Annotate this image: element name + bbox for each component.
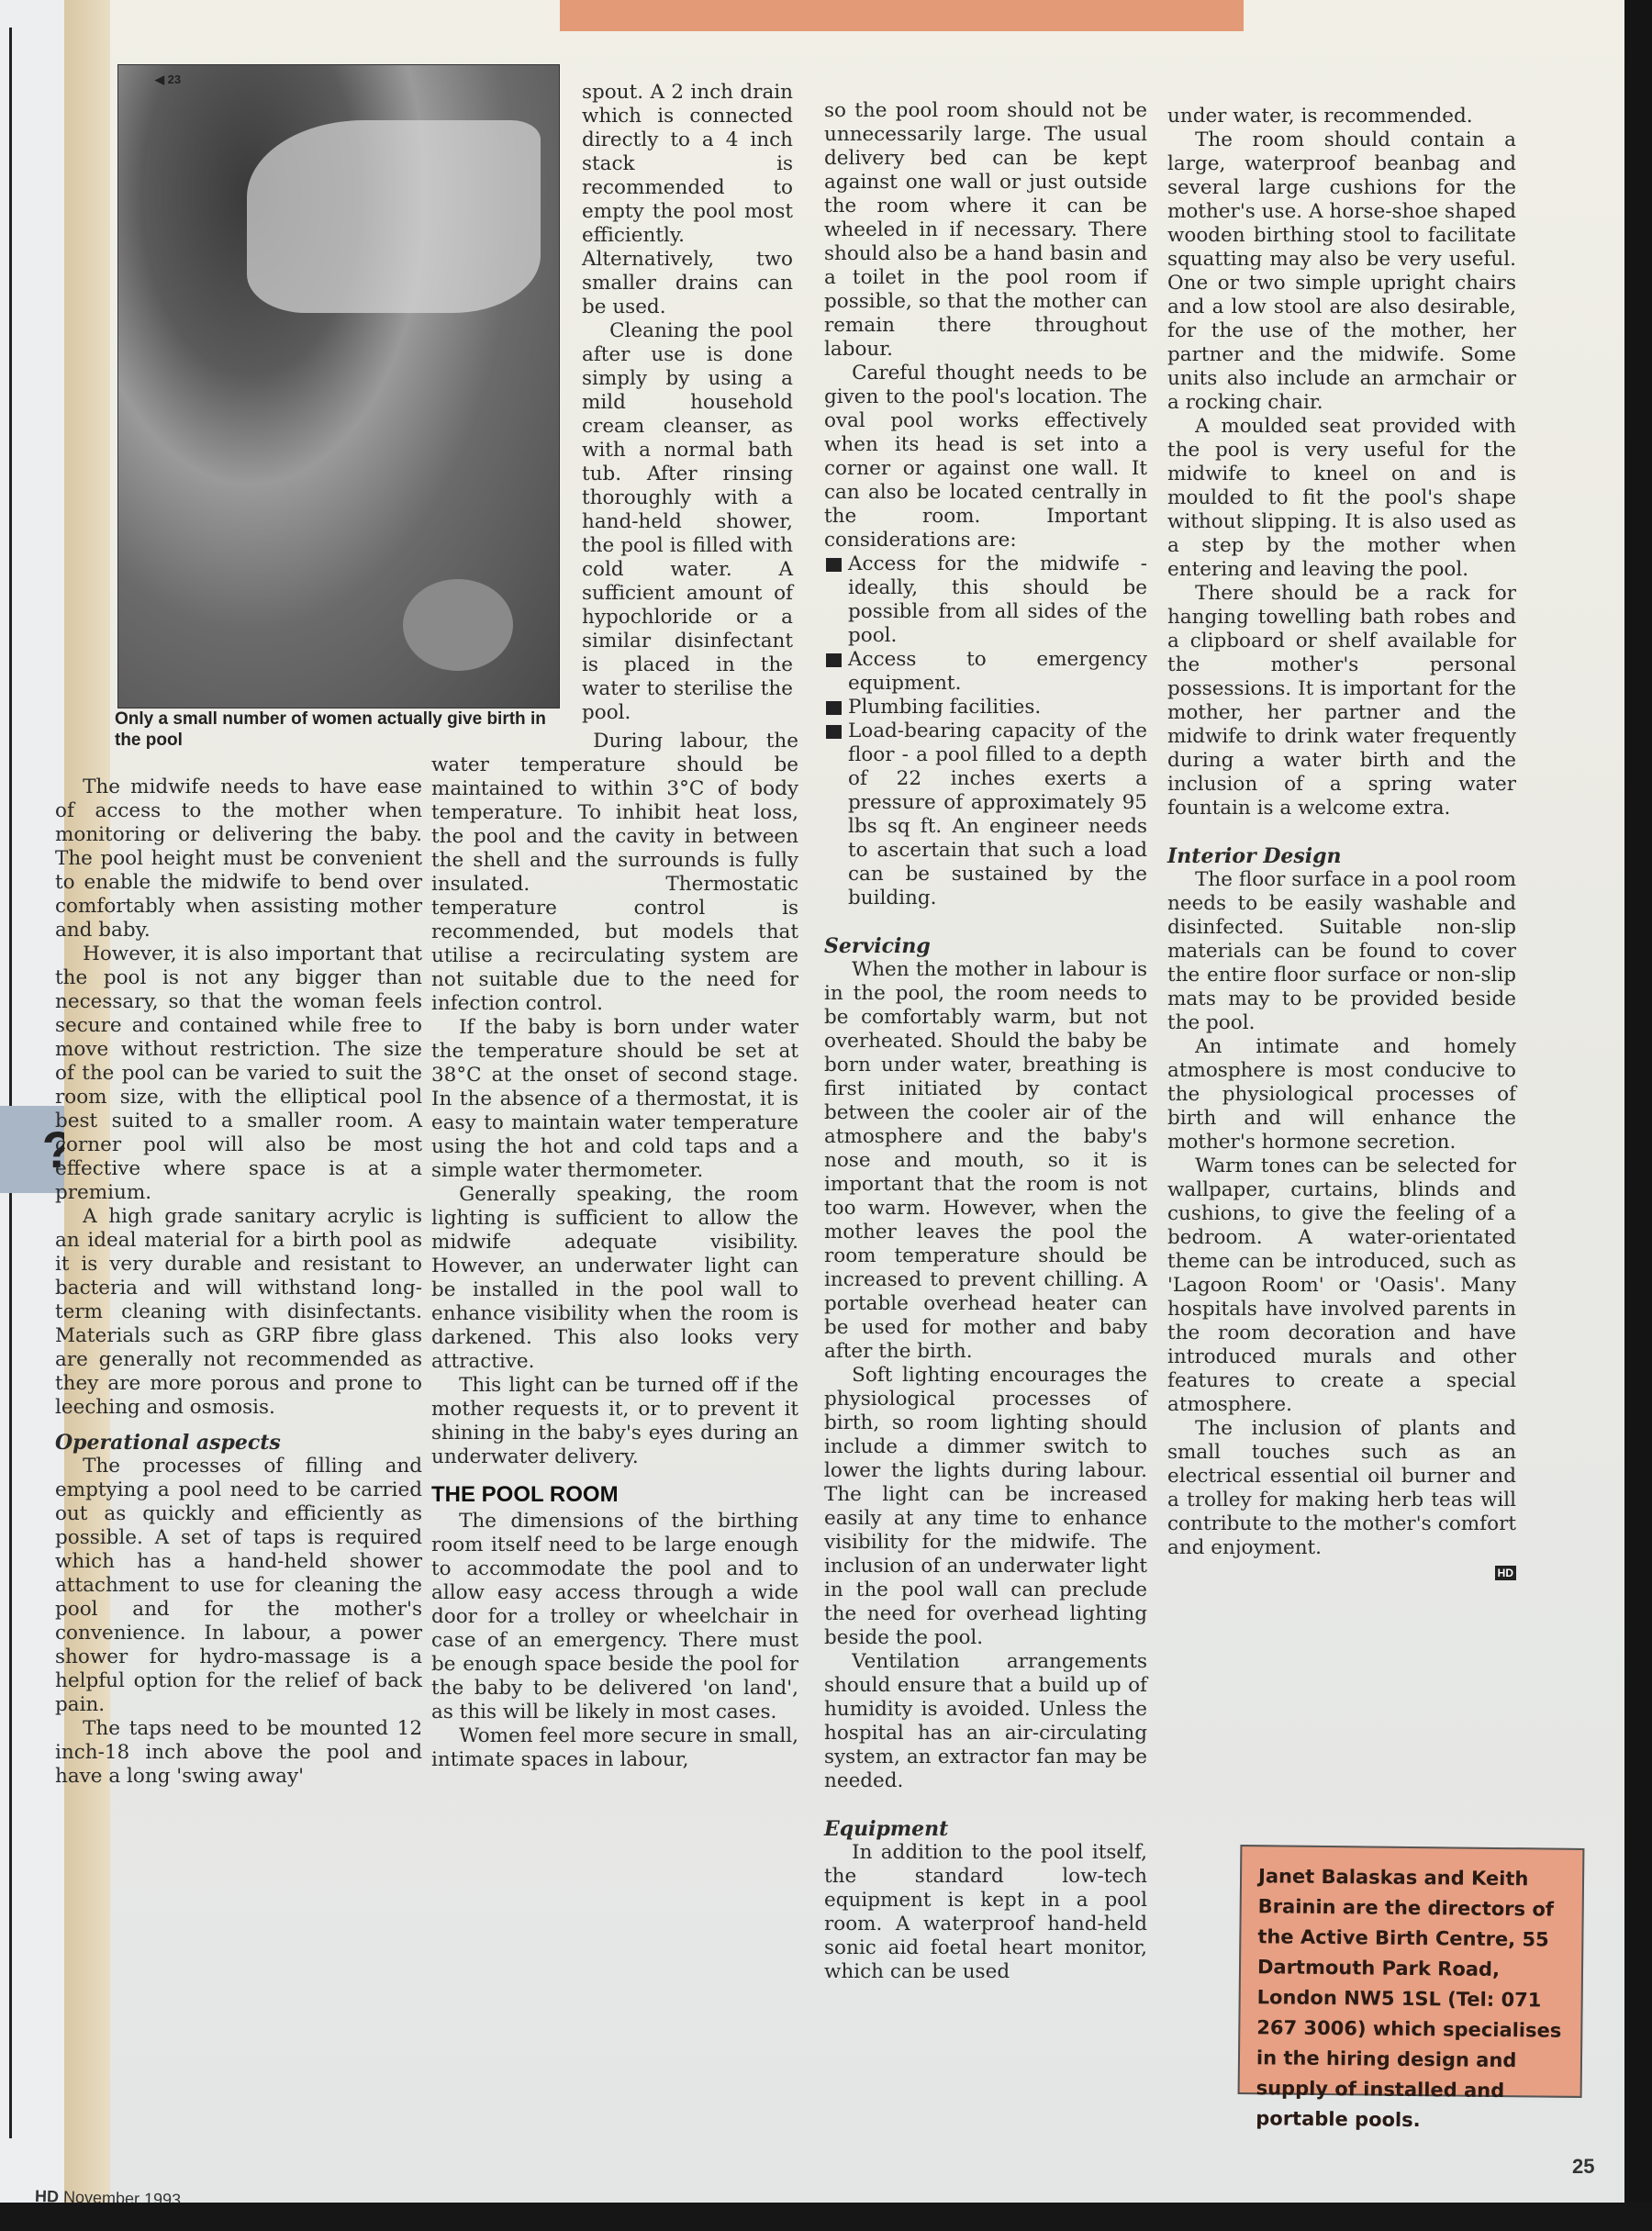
paragraph: During labour, the water temperature sho…	[431, 730, 798, 1016]
subheading-operational-aspects: Operational aspects	[55, 1431, 422, 1455]
header-banner	[560, 0, 1244, 31]
paragraph: Cleaning the pool after use is done simp…	[582, 319, 793, 725]
list-item: Access to emergency equipment.	[824, 648, 1147, 696]
list-item: Access for the midwife - ideally, this s…	[824, 552, 1147, 648]
paragraph: When the mother in labour is in the pool…	[824, 958, 1147, 1364]
section-heading-pool-room: THE POOL ROOM	[431, 1482, 798, 1508]
paragraph: However, it is also important that the p…	[55, 943, 422, 1205]
background-shadow-right	[1624, 0, 1652, 2231]
paragraph: The room should contain a large, waterpr…	[1167, 128, 1516, 415]
list-item: Plumbing facilities.	[824, 696, 1147, 719]
column-1-bottom: During labour, the water temperature sho…	[431, 730, 798, 1772]
column-1-top: spout. A 2 inch drain which is connected…	[582, 81, 793, 725]
author-bio-box: Janet Balaskas and Keith Brainin are the…	[1238, 1845, 1585, 2098]
considerations-list: Access for the midwife - ideally, this s…	[824, 552, 1147, 910]
paragraph: The dimensions of the birthing room itse…	[431, 1510, 798, 1724]
paragraph: The midwife needs to have ease of access…	[55, 775, 422, 943]
paragraph: The taps need to be mounted 12 inch-18 i…	[55, 1717, 422, 1789]
paragraph: Careful thought needs to be given to the…	[824, 362, 1147, 552]
paragraph: Ventilation arrangements should ensure t…	[824, 1650, 1147, 1793]
paragraph: Warm tones can be selected for wallpaper…	[1167, 1155, 1516, 1417]
paragraph: The processes of filling and emptying a …	[55, 1455, 422, 1717]
list-item: Load-bearing capacity of the floor - a p…	[824, 719, 1147, 910]
photo-highlight	[247, 120, 541, 313]
article-photo: ◀ 23	[117, 64, 560, 708]
background-shadow-bottom	[0, 2203, 1652, 2231]
paragraph: Women feel more secure in small, intimat…	[431, 1724, 798, 1772]
paragraph: There should be a rack for hanging towel…	[1167, 582, 1516, 820]
paragraph: A high grade sanitary acrylic is an idea…	[55, 1205, 422, 1420]
paragraph: Soft lighting encourages the physiologic…	[824, 1364, 1147, 1650]
paragraph: A moulded seat provided with the pool is…	[1167, 415, 1516, 582]
paragraph: In addition to the pool itself, the stan…	[824, 1841, 1147, 1984]
column-2: so the pool room should not be unnecessa…	[824, 99, 1147, 1984]
end-mark-hd-icon: HD	[1495, 1566, 1516, 1580]
column-3: under water, is recommended. The room sh…	[1167, 105, 1516, 1580]
paragraph: so the pool room should not be unnecessa…	[824, 99, 1147, 362]
photo-baby-head	[403, 579, 513, 671]
paragraph: under water, is recommended.	[1167, 105, 1516, 128]
paragraph: If the baby is born under water the temp…	[431, 1016, 798, 1183]
paragraph: spout. A 2 inch drain which is connected…	[582, 81, 793, 319]
facing-page-frame	[0, 28, 12, 2138]
subheading-equipment: Equipment	[824, 1817, 1147, 1841]
page-reference: ◀ 23	[155, 73, 181, 87]
paragraph: An intimate and homely atmosphere is mos…	[1167, 1035, 1516, 1155]
paragraph: Generally speaking, the room lighting is…	[431, 1183, 798, 1374]
column-0: The midwife needs to have ease of access…	[55, 775, 422, 1789]
subheading-interior-design: Interior Design	[1167, 844, 1516, 868]
paragraph: This light can be turned off if the moth…	[431, 1374, 798, 1469]
subheading-servicing: Servicing	[824, 934, 1147, 958]
paragraph: The floor surface in a pool room needs t…	[1167, 868, 1516, 1035]
page-number: 25	[1572, 2155, 1594, 2179]
paragraph: The inclusion of plants and small touche…	[1167, 1417, 1516, 1560]
